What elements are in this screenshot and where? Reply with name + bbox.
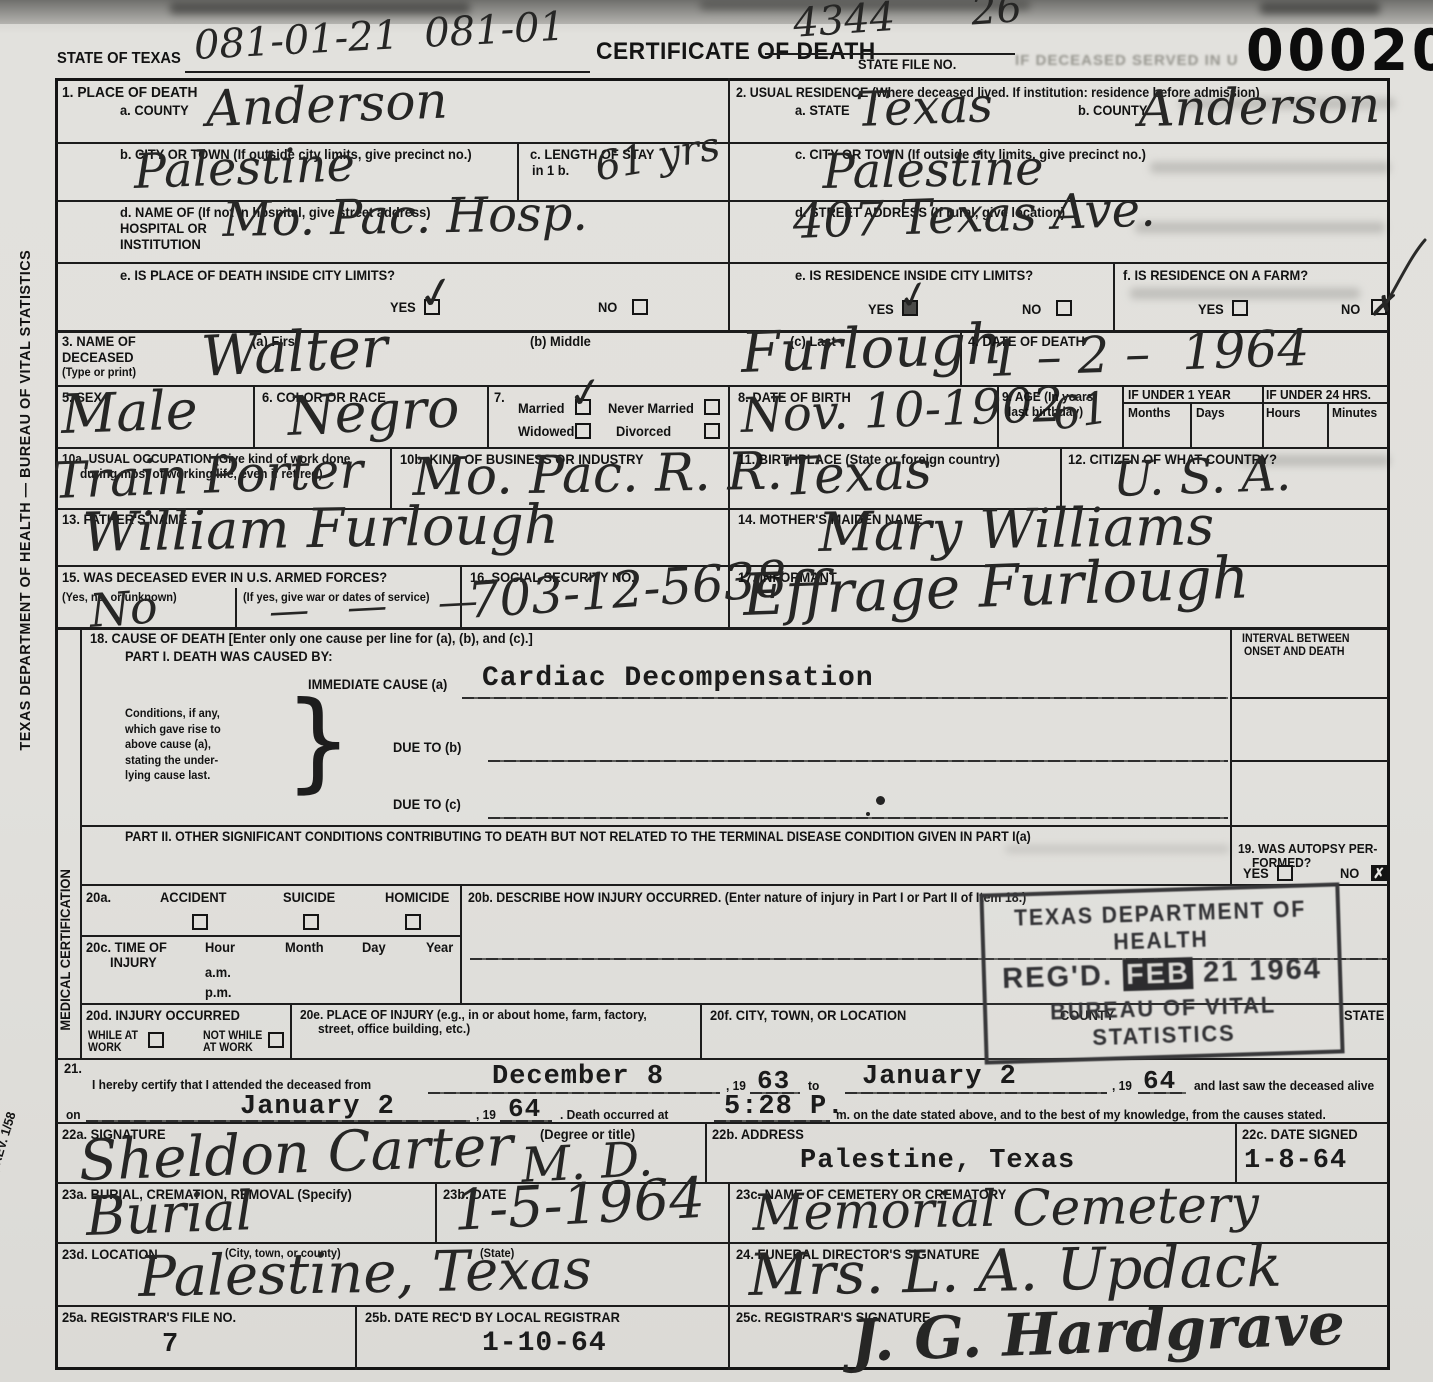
- injury-state-label: STATE: [1344, 1008, 1384, 1024]
- checkbox-divorced: [704, 423, 720, 439]
- rule: [80, 884, 1388, 886]
- left-margin-agency-text: TEXAS DEPARTMENT OF HEALTH — BUREAU OF V…: [18, 105, 35, 750]
- fill-line: [488, 817, 1228, 819]
- rule: [435, 1182, 437, 1242]
- checkbox-widowed: [575, 423, 591, 439]
- fill-line: [1138, 1092, 1186, 1094]
- last-seen-date: January 2: [240, 1094, 395, 1121]
- rule: [80, 825, 1388, 827]
- place-of-death-label: 1. PLACE OF DEATH: [62, 85, 197, 102]
- pm-label: p.m.: [205, 985, 231, 1001]
- address-label: 22b. ADDRESS: [712, 1127, 804, 1143]
- rule: [728, 78, 730, 330]
- bleed-through-text: IF DECEASED SERVED IN U: [1015, 52, 1239, 69]
- due-to-b-label: DUE TO (b): [393, 740, 461, 756]
- fathers-name-value: William Furlough: [82, 498, 559, 560]
- rule: [1230, 627, 1232, 884]
- county-value: Anderson: [205, 76, 448, 134]
- on-year: 64: [508, 1096, 541, 1122]
- birthplace-value: Texas: [782, 444, 933, 504]
- registrar-signature-value: J. G. Hardgrave: [850, 1295, 1346, 1370]
- from-year: 63: [757, 1068, 790, 1094]
- checkbox-accident: [192, 914, 208, 930]
- name-of-deceased-label2: DECEASED: [62, 350, 134, 366]
- rule: [728, 1182, 730, 1370]
- place-city-limits-label: e. IS PLACE OF DEATH INSIDE CITY LIMITS?: [120, 268, 395, 284]
- death-certificate-scan: IF DECEASED SERVED IN U TEXAS DEPARTMENT…: [0, 0, 1433, 1382]
- date-signed-label: 22c. DATE SIGNED: [1242, 1127, 1358, 1143]
- widowed-label: Widowed: [518, 424, 574, 440]
- date-signed-value: 1-8-64: [1244, 1148, 1347, 1175]
- residence-state-value: Texas: [855, 81, 994, 134]
- part1-label: PART I. DEATH WAS CAUSED BY:: [125, 649, 333, 665]
- burial-location-value: Palestine, Texas: [138, 1242, 592, 1306]
- service-dates-value: — — —: [268, 581, 479, 632]
- rule: [705, 1122, 707, 1182]
- place-of-injury-label2: street, office building, etc.): [318, 1022, 470, 1037]
- days-label: Days: [1196, 406, 1225, 421]
- registrar-file-no-label: 25a. REGISTRAR'S FILE NO.: [62, 1310, 236, 1326]
- stamp-regd: REG'D.: [1002, 959, 1124, 995]
- months-label: Months: [1128, 406, 1171, 421]
- not-while-at-work-label1: NOT WHILE: [203, 1030, 262, 1043]
- part2-label: PART II. OTHER SIGNIFICANT CONDITIONS CO…: [125, 829, 1031, 844]
- injury-occurred-label: 20d. INJURY OCCURRED: [86, 1008, 240, 1024]
- hospital-label3: INSTITUTION: [120, 237, 201, 253]
- residence-farm-label: f. IS RESIDENCE ON A FARM?: [1123, 268, 1308, 284]
- registrar-file-no-value: 7: [162, 1332, 179, 1359]
- fill-line: [488, 760, 1228, 762]
- city-value: Palestine: [133, 140, 356, 196]
- marital-status-label: 7.: [494, 390, 505, 406]
- name-of-deceased-label3: (Type or print): [62, 366, 136, 379]
- place-limits-yes-label: YES: [390, 300, 416, 316]
- burial-date-value: 1-5-1964: [452, 1171, 706, 1240]
- first-name-value: Walter: [200, 320, 389, 386]
- cause-of-death-label: 18. CAUSE OF DEATH [Enter only one cause…: [90, 631, 533, 647]
- file-numbers-handwritten: 4344 26: [792, 0, 1023, 44]
- if-under-24-hrs-label: IF UNDER 24 HRS.: [1266, 388, 1371, 403]
- homicide-label: HOMICIDE: [385, 890, 449, 906]
- informant-value: Effrage Furlough: [742, 548, 1250, 624]
- immediate-cause-value: Cardiac Decompensation: [482, 665, 874, 693]
- stamp-date: 21 1964: [1192, 953, 1322, 989]
- attended-to-date: January 2: [862, 1064, 1017, 1091]
- divorced-label: Divorced: [616, 424, 671, 440]
- describe-injury-label: 20b. DESCRIBE HOW INJURY OCCURRED. (Ente…: [468, 890, 1026, 905]
- certify-tail-text: m. on the date stated above, and to the …: [836, 1108, 1326, 1123]
- checkbox-autopsy-yes: [1277, 865, 1293, 881]
- armed-forces-value: No: [88, 583, 159, 634]
- rule: [80, 627, 82, 1058]
- conditions-note: Conditions, if any, which gave rise to a…: [125, 706, 221, 784]
- rule: [1230, 697, 1388, 699]
- rule: [57, 262, 1388, 264]
- residence-state-label: a. STATE: [795, 103, 850, 119]
- stamp-feb: FEB: [1122, 957, 1193, 991]
- interval-label2: ONSET AND DEATH: [1244, 646, 1345, 659]
- rule: [235, 588, 237, 627]
- physician-signature: Sheldon Carter: [78, 1119, 514, 1190]
- rule: [1113, 262, 1115, 330]
- rule: [57, 1058, 1388, 1060]
- burial-value: Burial: [85, 1184, 254, 1244]
- not-while-at-work-label2: AT WORK: [203, 1042, 253, 1055]
- state-file-no-label: STATE FILE NO.: [858, 57, 956, 73]
- county-label: a. COUNTY: [120, 103, 189, 119]
- month-label: Month: [285, 940, 324, 956]
- farm-yes-label: YES: [1198, 302, 1224, 318]
- checkbox-suicide: [303, 914, 319, 930]
- rule: [728, 385, 730, 447]
- checkbox-while-at-work: [148, 1032, 164, 1048]
- rule: [290, 1003, 292, 1058]
- checkbox-homicide: [405, 914, 421, 930]
- last-name-value: Furlough: [740, 317, 1003, 382]
- street-address-value: 407 Texas Ave.: [792, 185, 1156, 246]
- stamp-line2: REG'D. FEB 21 1964: [996, 953, 1329, 996]
- stamp-line1: TEXAS DEPARTMENT OF HEALTH: [1007, 895, 1314, 959]
- rule: [80, 935, 460, 937]
- length-of-stay-sub: in 1 b.: [532, 163, 569, 179]
- date-received-value: 1-10-64: [482, 1330, 607, 1358]
- hour-label: Hour: [205, 940, 235, 956]
- accident-suicide-homicide-label: 20a.: [86, 890, 111, 906]
- checkbox-farm-yes: [1232, 300, 1248, 316]
- minutes-label: Minutes: [1332, 406, 1377, 421]
- address-value: Palestine, Texas: [800, 1148, 1075, 1175]
- never-married-label: Never Married: [608, 401, 694, 417]
- residence-county-value: Anderson: [1138, 80, 1381, 134]
- fill-line: [845, 1092, 1107, 1094]
- accident-label: ACCIDENT: [160, 890, 227, 906]
- rule: [1122, 385, 1124, 447]
- am-label: a.m.: [205, 965, 231, 981]
- scan-smudge: [1260, 2, 1380, 14]
- to-19-label: , 19: [1112, 1079, 1132, 1094]
- married-label: Married: [518, 401, 565, 417]
- form-code: VS-112, REV. 1/58: [0, 1087, 26, 1237]
- farm-no-label: NO: [1341, 302, 1360, 318]
- certificate-number-stamp: 00020: [1246, 18, 1433, 84]
- checkbox-place-limits-no: [632, 299, 648, 315]
- check-mark: [414, 269, 458, 319]
- cemetery-value: Memorial Cemetery: [752, 1179, 1259, 1238]
- checkbox-autopsy-no: [1371, 865, 1387, 881]
- fill-line: [462, 697, 1228, 699]
- place-limits-no-label: NO: [598, 300, 617, 316]
- hospital-label2: HOSPITAL OR: [120, 221, 207, 237]
- rule: [1190, 402, 1192, 447]
- date-received-label: 25b. DATE REC'D BY LOCAL REGISTRAR: [365, 1310, 620, 1326]
- death-time-value: 5:28 P.: [724, 1094, 844, 1121]
- while-at-work-label1: WHILE AT: [88, 1030, 138, 1043]
- injury-city-label: 20f. CITY, TOWN, OR LOCATION: [710, 1008, 906, 1024]
- rule: [765, 53, 1015, 55]
- sex-value: Male: [60, 383, 199, 442]
- rule: [1230, 760, 1388, 762]
- hospital-value: Mo. Pac. Hosp.: [222, 190, 588, 244]
- rule: [355, 1305, 357, 1370]
- rule: [1235, 1122, 1237, 1182]
- age-value: 61: [1050, 386, 1112, 437]
- if-under-1-year-label: IF UNDER 1 YEAR: [1128, 388, 1231, 403]
- brace-glyph: [284, 688, 353, 796]
- state-of-texas-label: STATE OF TEXAS: [57, 50, 181, 68]
- date-of-death-value: 1 – 2 – 1964: [988, 323, 1310, 384]
- fill-line: [714, 1120, 830, 1122]
- hours-label: Hours: [1266, 406, 1301, 421]
- color-or-race-value: Negro: [286, 381, 461, 444]
- year-label: Year: [426, 940, 453, 956]
- fill-line: [428, 1092, 720, 1094]
- certify-text: I hereby certify that I attended the dec…: [92, 1078, 371, 1093]
- attended-from-date: December 8: [492, 1064, 664, 1091]
- checkbox-never-married: [704, 399, 720, 415]
- rule: [487, 385, 489, 447]
- to-year: 64: [1143, 1068, 1176, 1094]
- check-mark: [565, 370, 606, 416]
- rule: [253, 385, 255, 447]
- death-occurred-label: . Death occurred at: [560, 1108, 668, 1123]
- autopsy-no-label: NO: [1340, 866, 1359, 882]
- day-label: Day: [362, 940, 386, 956]
- rule: [1327, 402, 1329, 447]
- while-at-work-label2: WORK: [88, 1042, 122, 1055]
- suicide-label: SUICIDE: [283, 890, 335, 906]
- checkbox-not-while-at-work: [268, 1032, 284, 1048]
- rule: [460, 884, 462, 1003]
- interval-label1: INTERVAL BETWEEN: [1242, 633, 1350, 646]
- middle-name-label: (b) Middle: [530, 334, 591, 350]
- on-label: on: [66, 1108, 81, 1123]
- due-to-c-label: DUE TO (c): [393, 797, 461, 813]
- rule: [700, 1003, 702, 1058]
- checkbox-residence-limits-no: [1056, 300, 1072, 316]
- time-of-injury-label2: INJURY: [110, 955, 157, 971]
- alive-text: and last saw the deceased alive: [1194, 1079, 1374, 1094]
- residence-limits-no-label: NO: [1022, 302, 1041, 318]
- certification-number-label: 21.: [64, 1061, 82, 1077]
- pen-stroke: [1385, 238, 1427, 304]
- health-department-received-stamp: TEXAS DEPARTMENT OF HEALTH REG'D. FEB 21…: [979, 882, 1344, 1064]
- stamp-line3: BUREAU OF VITAL STATISTICS: [1005, 990, 1322, 1054]
- rule: [1262, 385, 1264, 447]
- autopsy-yes-label: YES: [1243, 866, 1269, 882]
- name-of-deceased-label1: 3. NAME OF: [62, 334, 136, 350]
- residence-county-label: b. COUNTY: [1078, 103, 1147, 119]
